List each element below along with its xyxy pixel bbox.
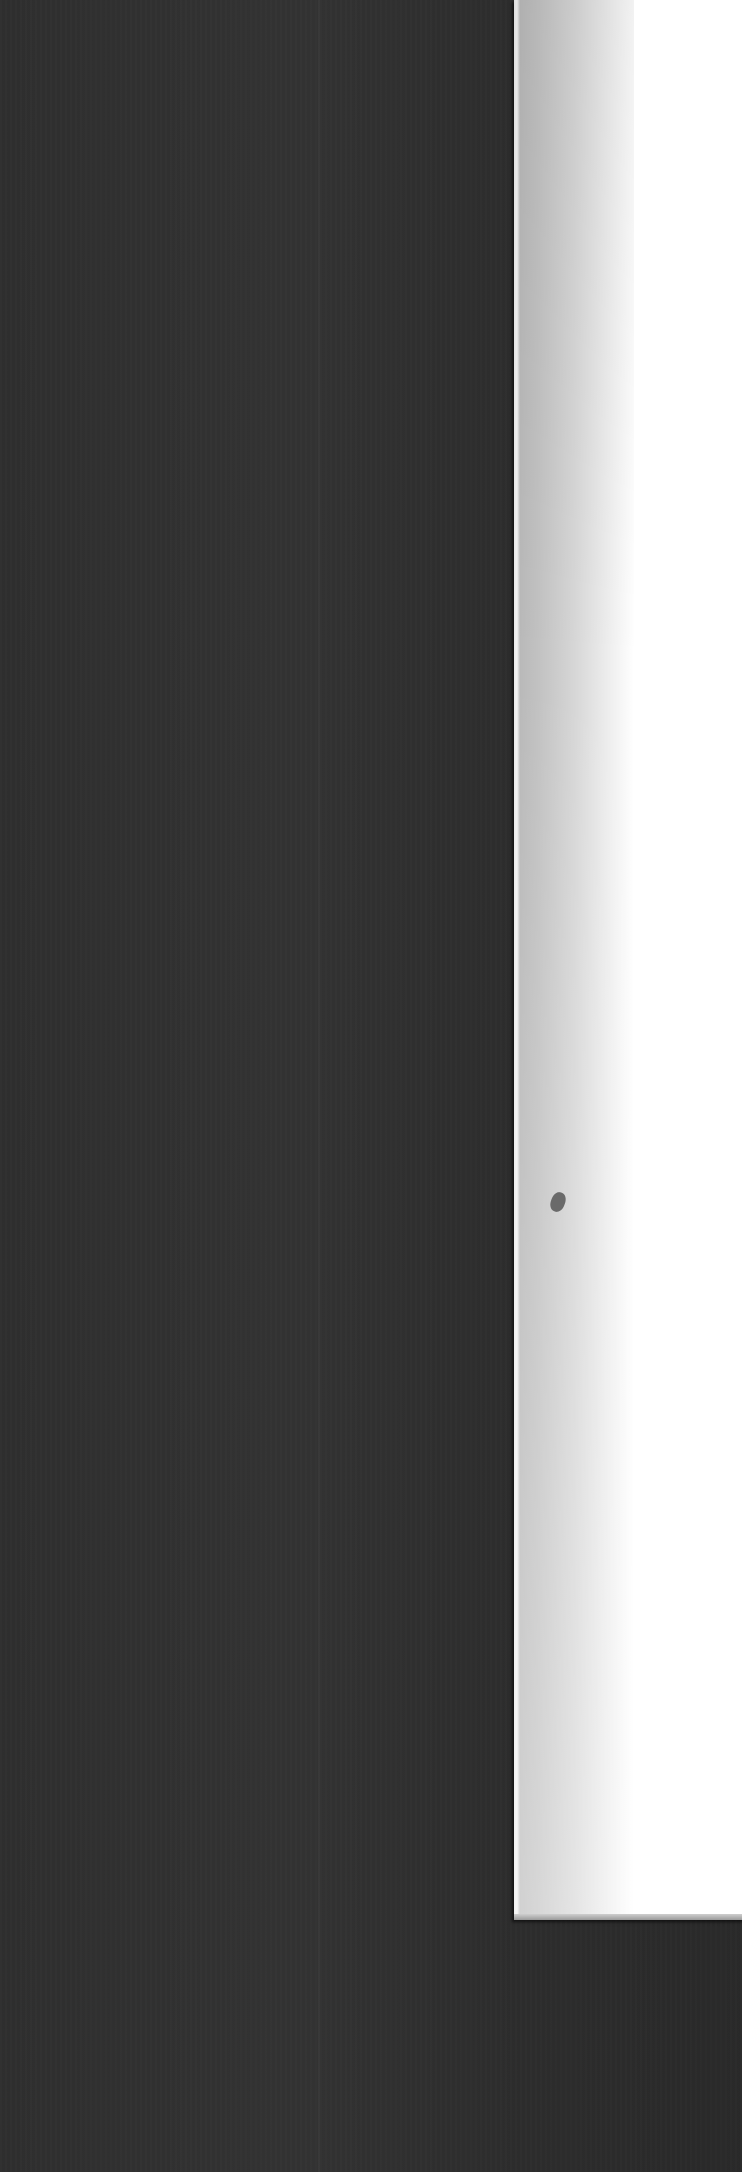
page-bottom-edge: [514, 1914, 742, 1920]
page-edge-shadow: [514, 0, 634, 1920]
paper-page: [514, 0, 742, 1920]
background-crease: [318, 0, 320, 2172]
